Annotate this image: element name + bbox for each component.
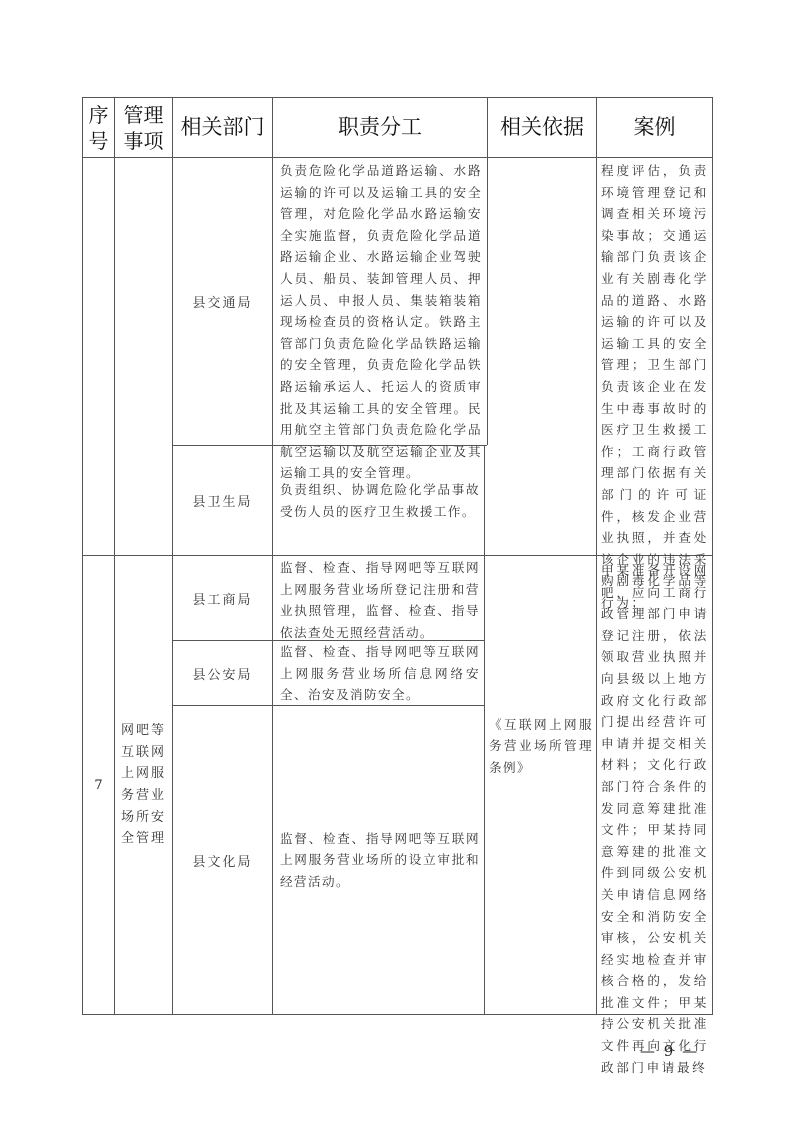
basis-internet-cafe-regulation: 《互联网上网服务营业场所管理条例》 <box>489 556 593 936</box>
table-border-right <box>712 97 713 1015</box>
case-previous-item: 程度评估，负责环境管理登记和调查相关环境污染事故；交通运输部门负责该企业有关剧毒… <box>601 160 709 554</box>
header-seq: 序 号 <box>83 98 114 157</box>
header-management-item: 管理 事项 <box>115 98 172 157</box>
duty-culture-bureau: 监督、检查、指导网吧等互联网上网服务营业场所的设立审批和经营活动。 <box>280 706 480 1014</box>
page-number: — 9 — <box>640 1042 699 1060</box>
management-item-internet-cafe: 网吧等互联网上网服务营业场所安全管理 <box>117 556 170 1014</box>
col-line-basis <box>596 97 597 1015</box>
header-department: 相关部门 <box>173 98 272 157</box>
col-line-duty-lower <box>484 445 485 1015</box>
col-line-dept <box>272 97 273 1015</box>
dept-culture-bureau: 县文化局 <box>173 706 272 1014</box>
case-internet-cafe: 甲某准备开设网吧，应向工商行政管理部门申请登记注册，依法领取营业执照并向县级以上… <box>601 560 709 1013</box>
dept-public-security-bureau: 县公安局 <box>173 641 272 705</box>
duty-health-bureau: 负责组织、协调危险化学品事故受伤人员的医疗卫生救援工作。 <box>280 446 480 555</box>
header-case: 案例 <box>597 98 712 157</box>
seq-7: 7 <box>83 556 114 1014</box>
document-page: 序 号 管理 事项 相关部门 职责分工 相关依据 案例 县交通局 负责危险化学品… <box>0 0 793 1122</box>
duty-industry-commerce-bureau: 监督、检查、指导网吧等互联网上网服务营业场所登记注册和营业执照管理，监督、检查、… <box>280 557 480 639</box>
duty-transport-bureau: 负责危险化学品道路运输、水路运输的许可以及运输工具的安全管理，对危险化学品水路运… <box>280 160 482 444</box>
dept-health-bureau: 县卫生局 <box>173 446 272 555</box>
dept-industry-commerce-bureau: 县工商局 <box>173 556 272 640</box>
duty-public-security-bureau: 监督、检查、指导网吧等互联网上网服务营业场所信息网络安全、治安及消防安全。 <box>280 641 480 705</box>
header-duty: 职责分工 <box>273 98 487 157</box>
dept-transport-bureau: 县交通局 <box>173 158 272 445</box>
col-line-seq <box>114 97 115 1015</box>
header-basis: 相关依据 <box>488 98 596 157</box>
